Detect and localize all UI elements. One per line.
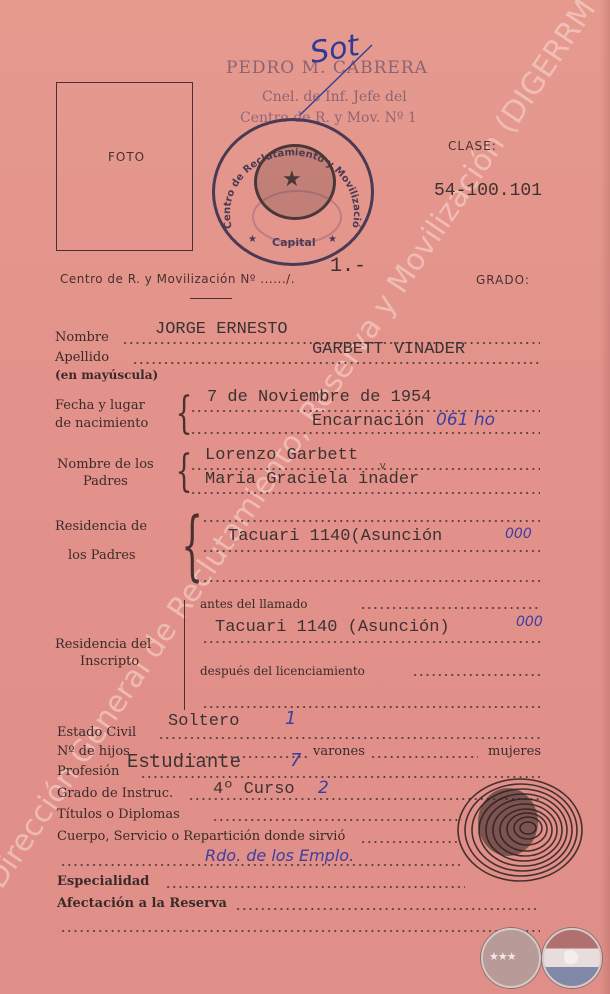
cuerpo-label: Cuerpo, Servicio o Repartición donde sir… xyxy=(57,829,345,844)
residencia-padres-label-2: los Padres xyxy=(68,548,136,563)
signature-slash xyxy=(290,40,380,120)
titulos-line xyxy=(212,819,462,821)
madre-field-line xyxy=(190,492,540,494)
svg-text:★: ★ xyxy=(248,234,257,245)
lugar-field-line xyxy=(190,432,540,434)
padre-value[interactable]: Lorenzo Garbett xyxy=(205,446,358,465)
antes-hand-note: 000 xyxy=(516,614,543,630)
residencia-padres-hand-note: 000 xyxy=(505,526,532,542)
antes-label: antes del llamado xyxy=(200,597,307,611)
cuerpo-line-1 xyxy=(360,841,460,843)
archive-seal-flag xyxy=(542,928,602,988)
madre-correction: V xyxy=(380,462,385,472)
afectacion-line xyxy=(235,908,540,910)
nombre-label: Nombre xyxy=(55,330,109,345)
titulos-label: Títulos o Diplomas xyxy=(57,807,180,822)
brace-padres: { xyxy=(176,446,193,497)
divider xyxy=(190,298,232,299)
map-icon xyxy=(564,950,578,964)
especialidad-label: Especialidad xyxy=(57,874,149,889)
varones-label: varones xyxy=(313,744,365,759)
instruccion-value[interactable]: 4º Curso xyxy=(213,780,295,799)
varones-line xyxy=(370,756,478,758)
despues-label: después del licenciamiento xyxy=(200,664,365,678)
stars-icon: ★★★ xyxy=(489,950,516,963)
antes-value[interactable]: Tacuari 1140 (Asunción) xyxy=(215,618,450,637)
clase-label: CLASE: xyxy=(448,139,497,153)
fecha-value[interactable]: 7 de Noviembre de 1954 xyxy=(207,388,431,407)
residencia-padres-line-2 xyxy=(202,550,540,552)
padres-label-1: Nombre de los xyxy=(57,457,154,472)
antes-value-line xyxy=(202,641,540,643)
hijos-label: Nº de hijos xyxy=(57,744,130,759)
instruccion-label: Grado de Instruc. xyxy=(57,786,173,801)
grado-label: GRADO: xyxy=(476,273,530,287)
archive-seal-stars: ★★★ xyxy=(481,928,541,988)
nacimiento-label-1: Fecha y lugar xyxy=(55,398,145,413)
estado-civil-hand-note: 1 xyxy=(285,708,296,729)
faded-seal xyxy=(252,190,342,244)
residencia-padres-line-1 xyxy=(202,520,540,522)
nombre-value[interactable]: JORGE ERNESTO xyxy=(155,320,288,339)
profesion-hand-note: 7 xyxy=(290,750,301,771)
mujeres-label: mujeres xyxy=(488,744,541,759)
apellido-label: Apellido xyxy=(55,350,109,365)
instruccion-hand-note: 2 xyxy=(318,778,329,798)
profesion-label: Profesión xyxy=(57,764,119,779)
residencia-padres-value[interactable]: Tacuari 1140(Asunción xyxy=(228,527,442,546)
especialidad-line xyxy=(165,886,465,888)
photo-label: FOTO xyxy=(108,150,145,164)
profesion-value[interactable]: Estudiante xyxy=(127,751,241,773)
madre-value[interactable]: Maria Graciela inader xyxy=(205,470,419,489)
padres-label-2: Padres xyxy=(83,474,128,489)
centro-value: 1.- xyxy=(330,255,366,278)
residencia-padres-label-1: Residencia de xyxy=(55,519,147,534)
estado-civil-label: Estado Civil xyxy=(57,725,136,740)
antes-line xyxy=(360,607,540,609)
lugar-value[interactable]: Encarnación xyxy=(312,412,424,431)
afectacion-label: Afectación a la Reserva xyxy=(57,896,227,911)
apellido-field-line xyxy=(132,362,540,364)
photo-box xyxy=(56,82,193,251)
paper-edge xyxy=(600,0,610,994)
despues-value-line xyxy=(202,706,540,708)
estado-civil-line xyxy=(158,737,540,739)
estado-civil-value[interactable]: Soltero xyxy=(168,712,239,731)
registration-card: Dirección General de Reclutamiento, Rese… xyxy=(0,0,610,994)
lugar-hand-note: 061 ho xyxy=(436,410,495,430)
residencia-padres-line-3 xyxy=(202,580,540,582)
apellido-value[interactable]: GARBETT VINADER xyxy=(312,340,465,359)
apellido-sublabel: (en mayúscula) xyxy=(55,368,158,382)
nacimiento-label-2: de nacimiento xyxy=(55,416,148,431)
seal-star-icon: ★ xyxy=(282,166,302,192)
fingerprint xyxy=(448,772,588,892)
bracket-inscripto xyxy=(184,600,185,710)
despues-line xyxy=(412,674,540,676)
centro-label: Centro de R. y Movilización Nº ....../. xyxy=(60,272,295,286)
residencia-inscripto-label-1: Residencia del xyxy=(55,637,151,652)
brace-residencia-padres: { xyxy=(181,500,203,589)
residencia-inscripto-label-2: Inscripto xyxy=(80,654,139,669)
clase-value: 54-100.101 xyxy=(434,181,542,201)
cuerpo-hand-value[interactable]: Rdo. de los Emplo. xyxy=(205,846,354,865)
afectacion-line-2 xyxy=(60,930,540,932)
